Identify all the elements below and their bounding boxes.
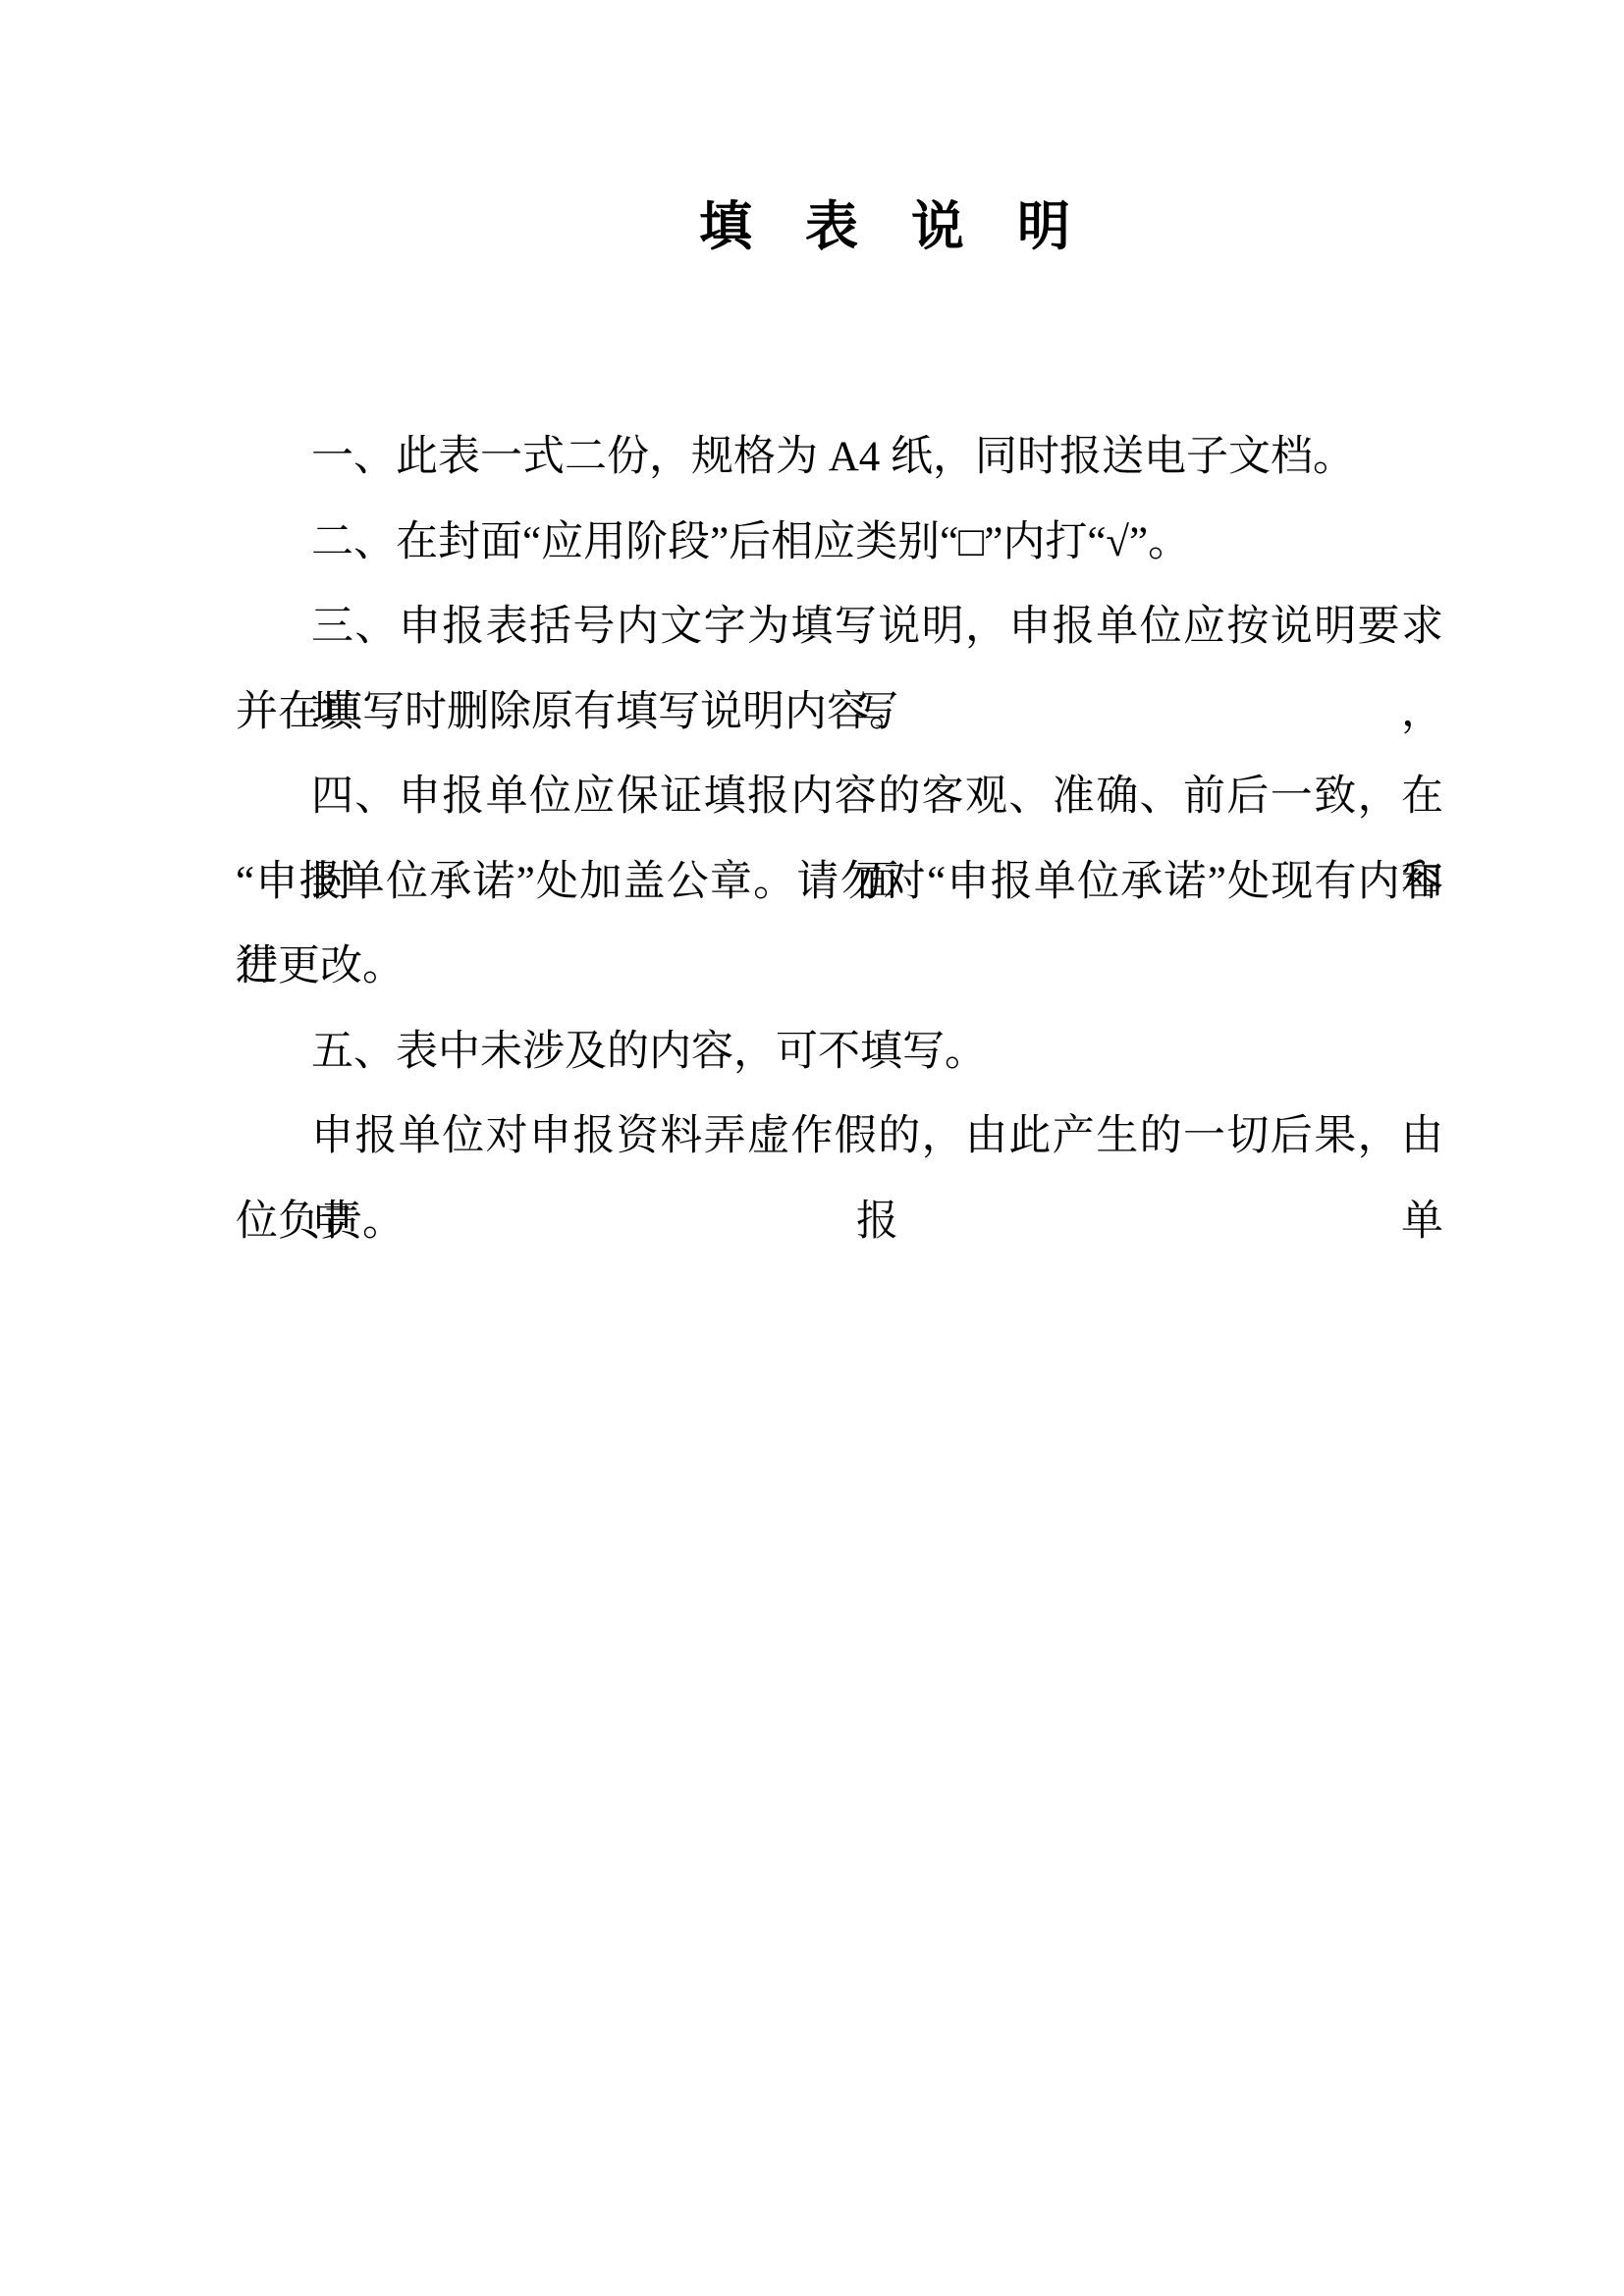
instructions-body: 一、此表一式二份，规格为 A4 纸，同时报送电子文档。 二、在封面“应用阶段”后…	[236, 415, 1443, 1264]
page-title: 填表说明	[699, 194, 1123, 259]
body-text-line: 申报单位对申报资料弄虚作假的，由此产生的一切后果，由申报单	[236, 1095, 1443, 1180]
body-text-line: 二、在封面“应用阶段”后相应类别“□”内打“√”。	[236, 501, 1443, 586]
document-page: 填表说明 一、此表一式二份，规格为 A4 纸，同时报送电子文档。 二、在封面“应…	[0, 0, 1624, 2296]
body-text-line: 行更改。	[236, 925, 1443, 1010]
body-text-line: 四、申报单位应保证填报内容的客观、准确、前后一致，在封面和	[236, 755, 1443, 840]
body-text-line: 三、申报表括号内文字为填写说明，申报单位应按说明要求填写，	[236, 585, 1443, 670]
body-text-line: 五、表中未涉及的内容，可不填写。	[236, 1010, 1443, 1095]
body-text-line: 一、此表一式二份，规格为 A4 纸，同时报送电子文档。	[236, 415, 1443, 501]
body-text-line: “申报单位承诺”处加盖公章。请勿对“申报单位承诺”处现有内容进	[236, 840, 1443, 926]
